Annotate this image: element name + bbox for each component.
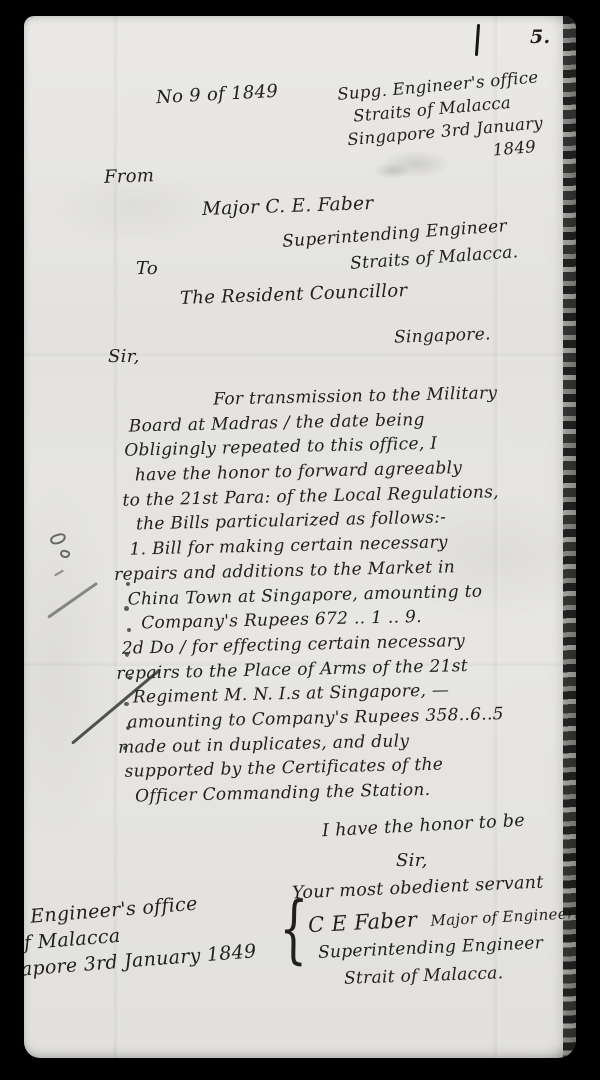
margin-ink-stroke <box>47 582 98 619</box>
letter-page: 5. No 9 of 1849 Supg. Engineer's office … <box>24 16 576 1058</box>
office-dateline-block: Supg. Engineer's office Straits of Malac… <box>336 65 545 174</box>
office-line: 1849 <box>492 134 546 161</box>
paper-deckle-edge <box>563 16 576 1058</box>
margin-ink-dot <box>126 726 130 730</box>
signature-place: Strait of Malacca. <box>344 963 504 989</box>
signature-name: C E Faber <box>308 907 418 937</box>
paper-fold-crease <box>24 351 576 361</box>
archival-tick-mark <box>475 24 480 56</box>
recipient-place: Singapore. <box>394 324 491 347</box>
signature-brace: { <box>279 891 309 967</box>
scanned-letter-screenshot: { "colors": { "ink": "#21201e", "paper":… <box>0 0 600 1080</box>
signature-line: C E Faber Major of Engineers <box>308 899 576 937</box>
margin-ink-dot <box>124 702 129 706</box>
letter-body: For transmission to the Military Board a… <box>110 381 576 811</box>
to-label: To <box>136 258 158 279</box>
docket-block: Engineer's office of Malacca gapore 3rd … <box>24 886 257 983</box>
margin-ink-blot <box>59 549 71 560</box>
margin-ink-tick <box>54 570 64 577</box>
recipient-name: The Resident Councillor <box>180 280 408 309</box>
signature-rank: Major of Engineers <box>430 904 576 930</box>
margin-ink-dot <box>127 628 131 632</box>
margin-ink-dot <box>124 606 129 611</box>
margin-ink-dot <box>128 676 132 680</box>
from-label: From <box>104 165 155 188</box>
margin-ink-blot <box>49 532 67 546</box>
margin-ink-dot <box>123 746 127 750</box>
closing-sir: Sir, <box>396 850 428 871</box>
page-number: 5. <box>530 26 550 48</box>
signature-title: Superintending Engineer <box>318 933 544 963</box>
letter-reference-number: No 9 of 1849 <box>156 81 279 108</box>
salutation: Sir, <box>108 346 140 367</box>
sender-name: Major C. E. Faber <box>202 193 374 220</box>
margin-ink-dot <box>125 652 129 657</box>
margin-ink-dot <box>126 582 130 586</box>
closing-servant: Your most obedient servant <box>292 873 544 904</box>
